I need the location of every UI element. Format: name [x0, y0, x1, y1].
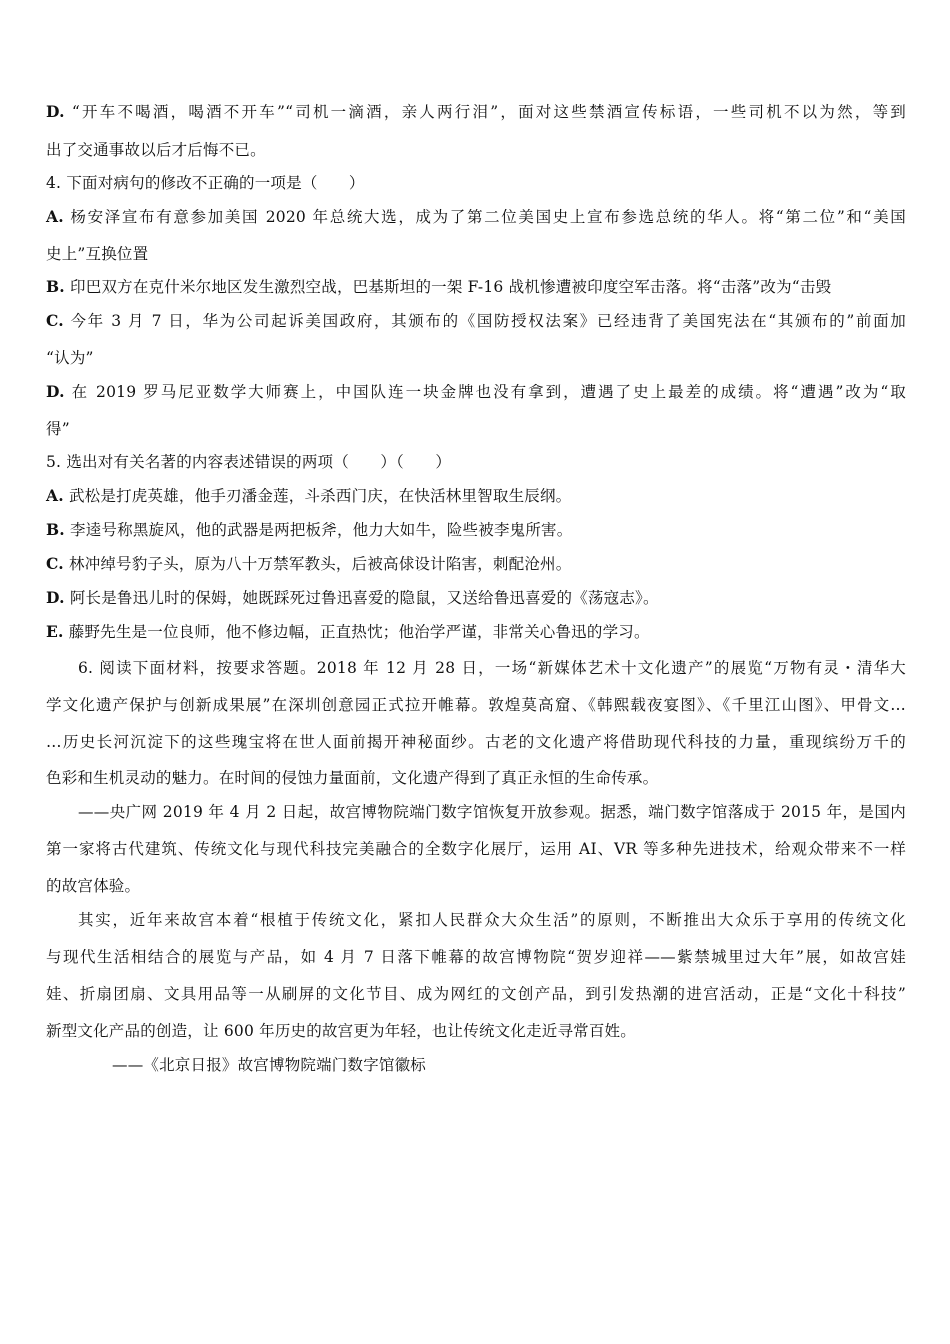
q4-option-c-line1: C. 今年 3 月 7 日，华为公司起诉美国政府，其颁布的《国防授权法案》已经违…	[46, 311, 906, 331]
option-label: D.	[46, 382, 65, 401]
option-label: A.	[46, 207, 64, 226]
q4-option-b-line1: B. 印巴双方在克什米尔地区发生激烈空战，巴基斯坦的一架 F-16 战机惨遭被印…	[46, 277, 906, 297]
option-text: 李逵号称黑旋风，他的武器是两把板斧，他力大如牛，险些被李鬼所害。	[70, 521, 572, 539]
option-label: A.	[46, 486, 64, 505]
q4-option-a-line2: 史上”互换位置	[46, 244, 906, 264]
q4-option-a-line1: A. 杨安泽宣布有意参加美国 2020 年总统大选，成为了第二位美国史上宣布参选…	[46, 207, 906, 227]
q6-para2-line2: 第一家将古代建筑、传统文化与现代科技完美融合的全数字化展厅，运用 AI、VR 等…	[46, 839, 906, 859]
option-label: C.	[46, 554, 64, 573]
q4-stem: 4. 下面对病句的修改不正确的一项是（ ）	[46, 173, 906, 193]
q6-source-attribution: ——《北京日报》故宫博物院端门数字馆徽标	[112, 1055, 950, 1075]
q6-para3-line1: 其实，近年来故宫本着“根植于传统文化，紧扣人民群众大众生活”的原则，不断推出大众…	[78, 910, 906, 930]
option-label: E.	[46, 622, 64, 641]
q4-option-d-line1: D. 在 2019 罗马尼亚数学大师赛上，中国队连一块金牌也没有拿到，遭遇了史上…	[46, 382, 906, 402]
q6-para2-line1: ——央广网 2019 年 4 月 2 日起，故宫博物院端门数字馆恢复开放参观。据…	[78, 802, 906, 822]
q3-option-d-line2: 出了交通事故以后才后悔不已。	[46, 140, 906, 160]
q5-stem: 5. 选出对有关名著的内容表述错误的两项（ ）（ ）	[46, 452, 906, 472]
option-label: D.	[46, 102, 65, 121]
q5-option-b: B. 李逵号称黑旋风，他的武器是两把板斧，他力大如牛，险些被李鬼所害。	[46, 520, 906, 540]
q6-para2-line3: 的故宫体验。	[46, 876, 906, 896]
q4-option-c-line2: “认为”	[46, 348, 906, 368]
option-text: 印巴双方在克什米尔地区发生激烈空战，巴基斯坦的一架 F-16 战机惨遭被印度空军…	[70, 278, 831, 296]
option-text: 林冲绰号豹子头，原为八十万禁军教头，后被高俅设计陷害，刺配沧州。	[69, 555, 571, 573]
option-label: B.	[46, 277, 65, 296]
q5-option-e: E. 藤野先生是一位良师，他不修边幅，正直热忱；他治学严谨，非常关心鲁迅的学习。	[46, 622, 906, 642]
q6-para3-line3: 娃、折扇团扇、文具用品等一从刷屏的文化节目、成为网红的文创产品，到引发热潮的进宫…	[46, 984, 906, 1004]
q5-option-c: C. 林冲绰号豹子头，原为八十万禁军教头，后被高俅设计陷害，刺配沧州。	[46, 554, 906, 574]
option-text: 阿长是鲁迅儿时的保姆，她既踩死过鲁迅喜爱的隐鼠，又送给鲁迅喜爱的《荡寇志》。	[70, 589, 659, 607]
option-text: 在 2019 罗马尼亚数学大师赛上，中国队连一块金牌也没有拿到，遭遇了史上最差的…	[72, 383, 906, 401]
q6-para1-line1: 6. 阅读下面材料，按要求答题。2018 年 12 月 28 日，一场“新媒体艺…	[78, 658, 906, 678]
q5-option-d: D. 阿长是鲁迅儿时的保姆，她既踩死过鲁迅喜爱的隐鼠，又送给鲁迅喜爱的《荡寇志》…	[46, 588, 906, 608]
option-text: “开车不喝酒，喝酒不开车”“司机一滴酒，亲人两行泪”，面对这些禁酒宣传标语，一些…	[72, 103, 906, 121]
q4-option-d-line2: 得”	[46, 419, 906, 439]
q6-para1-line2: 学文化遗产保护与创新成果展”在深圳创意园正式拉开帷幕。敦煌莫高窟、《韩熙载夜宴图…	[46, 695, 906, 715]
q6-para3-line2: 与现代生活相结合的展览与产品，如 4 月 7 日落下帷幕的故宫博物院“贺岁迎祥—…	[46, 947, 906, 967]
document-page: D. “开车不喝酒，喝酒不开车”“司机一滴酒，亲人两行泪”，面对这些禁酒宣传标语…	[0, 0, 950, 1344]
q3-option-d-line1: D. “开车不喝酒，喝酒不开车”“司机一滴酒，亲人两行泪”，面对这些禁酒宣传标语…	[46, 102, 906, 122]
option-text: 杨安泽宣布有意参加美国 2020 年总统大选，成为了第二位美国史上宣布参选总统的…	[70, 208, 906, 226]
q5-option-a: A. 武松是打虎英雄，他手刃潘金莲，斗杀西门庆，在快活林里智取生辰纲。	[46, 486, 906, 506]
q6-para1-line3: …历史长河沉淀下的这些瑰宝将在世人面前揭开神秘面纱。古老的文化遗产将借助现代科技…	[46, 732, 906, 752]
q6-para3-line4: 新型文化产品的创造，让 600 年历史的故宫更为年轻，也让传统文化走近寻常百姓。	[46, 1021, 906, 1041]
q6-para1-line4: 色彩和生机灵动的魅力。在时间的侵蚀力量面前，文化遗产得到了真正永恒的生命传承。	[46, 768, 906, 788]
option-text: 武松是打虎英雄，他手刃潘金莲，斗杀西门庆，在快活林里智取生辰纲。	[69, 487, 571, 505]
option-label: B.	[46, 520, 65, 539]
option-label: D.	[46, 588, 65, 607]
option-text: 藤野先生是一位良师，他不修边幅，正直热忱；他治学严谨，非常关心鲁迅的学习。	[69, 623, 650, 641]
option-label: C.	[46, 311, 64, 330]
option-text: 今年 3 月 7 日，华为公司起诉美国政府，其颁布的《国防授权法案》已经违背了美…	[70, 312, 906, 330]
